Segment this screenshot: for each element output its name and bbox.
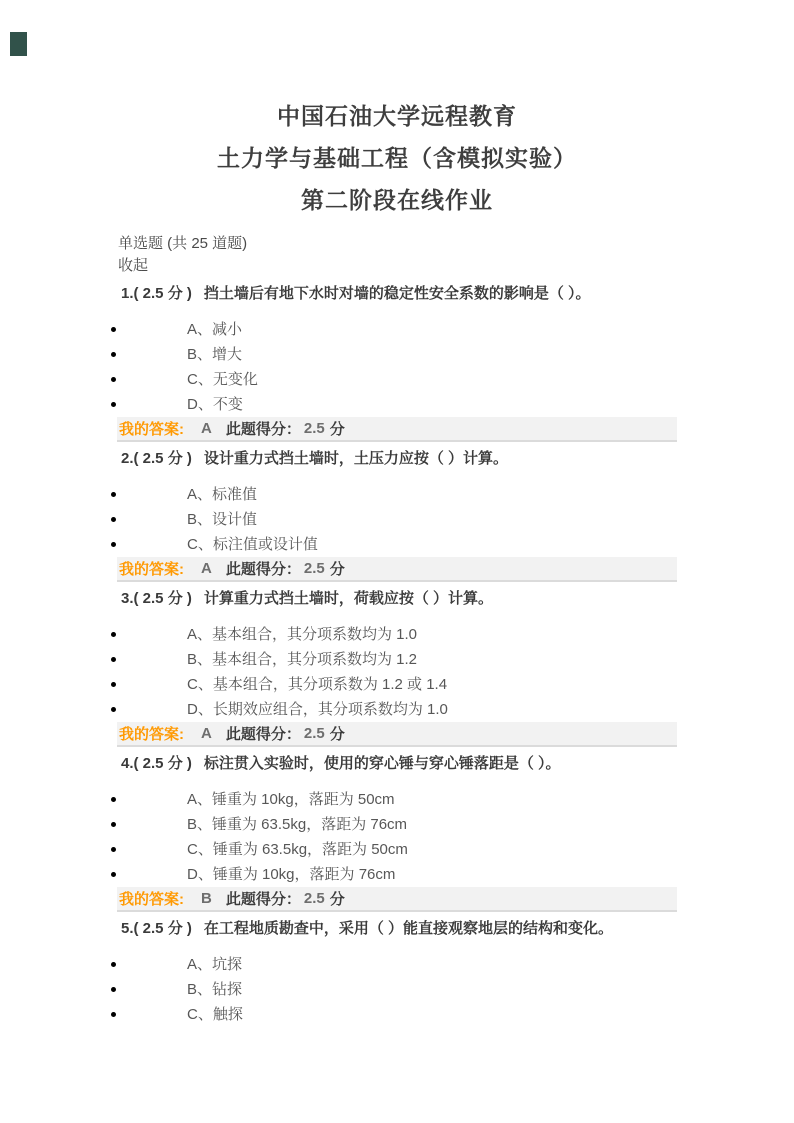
- question-number: 5.( 2.5 分 ): [121, 920, 192, 937]
- bullet-icon: [111, 962, 116, 967]
- option-label: D、长期效应组合，其分项系数均为 1.0: [187, 697, 794, 722]
- option-label: C、基本组合，其分项系数为 1.2 或 1.4: [187, 672, 794, 697]
- assignment-title: 第二阶段在线作业: [0, 180, 794, 222]
- bullet-icon: [111, 492, 116, 497]
- question-number: 1.( 2.5 分 ): [121, 285, 192, 302]
- option-list: A、基本组合，其分项系数均为 1.0B、基本组合，其分项系数均为 1.2C、基本…: [0, 622, 794, 722]
- list-item: A、锤重为 10kg，落距为 50cm: [0, 787, 794, 812]
- question-heading: 5.( 2.5 分 )在工程地质勘查中，采用（ ）能直接观察地层的结构和变化。: [121, 919, 794, 939]
- answer-bar: 我的答案:A此题得分：2.5分: [117, 722, 677, 747]
- list-item: A、坑探: [0, 952, 794, 977]
- question-text: 计算重力式挡土墙时，荷载应按（ ）计算。: [204, 590, 493, 607]
- question-text: 挡土墙后有地下水时对墙的稳定性安全系数的影响是（ ）。: [204, 285, 591, 302]
- option-label: C、触探: [187, 1002, 794, 1027]
- score-unit: 分: [330, 558, 345, 579]
- bullet-icon: [111, 377, 116, 382]
- question-block: 2.( 2.5 分 )设计重力式挡土墙时，土压力应按（ ）计算。A、标准值B、设…: [0, 449, 794, 582]
- score-value: 2.5: [304, 890, 325, 907]
- my-answer-label: 我的答案:: [119, 418, 184, 439]
- option-label: A、锤重为 10kg，落距为 50cm: [187, 787, 794, 812]
- option-label: A、坑探: [187, 952, 794, 977]
- bullet-icon: [111, 872, 116, 877]
- my-answer-value: A: [201, 560, 212, 577]
- my-answer-value: B: [201, 890, 212, 907]
- option-label: A、标准值: [187, 482, 794, 507]
- option-label: C、无变化: [187, 367, 794, 392]
- quiz-meta: 单选题 (共 25 道题) 收起: [118, 233, 794, 277]
- question-block: 3.( 2.5 分 )计算重力式挡土墙时，荷载应按（ ）计算。A、基本组合，其分…: [0, 589, 794, 747]
- bullet-icon: [111, 682, 116, 687]
- bullet-icon: [111, 352, 116, 357]
- question-block: 1.( 2.5 分 )挡土墙后有地下水时对墙的稳定性安全系数的影响是（ ）。A、…: [0, 284, 794, 442]
- bullet-icon: [111, 632, 116, 637]
- score-unit: 分: [330, 418, 345, 439]
- bullet-icon: [111, 797, 116, 802]
- bullet-icon: [111, 327, 116, 332]
- list-item: D、长期效应组合，其分项系数均为 1.0: [0, 697, 794, 722]
- list-item: C、无变化: [0, 367, 794, 392]
- list-item: D、不变: [0, 392, 794, 417]
- score-unit: 分: [330, 888, 345, 909]
- list-item: C、触探: [0, 1002, 794, 1027]
- option-label: B、基本组合，其分项系数均为 1.2: [187, 647, 794, 672]
- list-item: C、基本组合，其分项系数为 1.2 或 1.4: [0, 672, 794, 697]
- question-heading: 1.( 2.5 分 )挡土墙后有地下水时对墙的稳定性安全系数的影响是（ ）。: [121, 284, 794, 304]
- question-text: 在工程地质勘查中，采用（ ）能直接观察地层的结构和变化。: [204, 920, 613, 937]
- score-label: 此题得分：: [226, 723, 301, 744]
- bullet-icon: [111, 542, 116, 547]
- question-heading: 3.( 2.5 分 )计算重力式挡土墙时，荷载应按（ ）计算。: [121, 589, 794, 609]
- option-list: A、坑探B、钻探C、触探: [0, 952, 794, 1027]
- question-block: 4.( 2.5 分 )标注贯入实验时，使用的穿心锤与穿心锤落距是（ ）。A、锤重…: [0, 754, 794, 912]
- option-label: A、减小: [187, 317, 794, 342]
- answer-bar: 我的答案:B此题得分：2.5分: [117, 887, 677, 912]
- corner-mark-icon: [10, 32, 27, 56]
- option-label: D、锤重为 10kg，落距为 76cm: [187, 862, 794, 887]
- option-label: B、锤重为 63.5kg，落距为 76cm: [187, 812, 794, 837]
- list-item: B、基本组合，其分项系数均为 1.2: [0, 647, 794, 672]
- my-answer-label: 我的答案:: [119, 558, 184, 579]
- question-block: 5.( 2.5 分 )在工程地质勘查中，采用（ ）能直接观察地层的结构和变化。A…: [0, 919, 794, 1027]
- score-label: 此题得分：: [226, 418, 301, 439]
- question-text: 标注贯入实验时，使用的穿心锤与穿心锤落距是（ ）。: [204, 755, 561, 772]
- answer-bar: 我的答案:A此题得分：2.5分: [117, 417, 677, 442]
- my-answer-label: 我的答案:: [119, 888, 184, 909]
- bullet-icon: [111, 1012, 116, 1017]
- option-list: A、标准值B、设计值C、标注值或设计值: [0, 482, 794, 557]
- my-answer-label: 我的答案:: [119, 723, 184, 744]
- question-text: 设计重力式挡土墙时，土压力应按（ ）计算。: [204, 450, 508, 467]
- page-title: 中国石油大学远程教育: [0, 96, 794, 138]
- question-heading: 4.( 2.5 分 )标注贯入实验时，使用的穿心锤与穿心锤落距是（ ）。: [121, 754, 794, 774]
- bullet-icon: [111, 707, 116, 712]
- bullet-icon: [111, 822, 116, 827]
- option-label: B、增大: [187, 342, 794, 367]
- question-heading: 2.( 2.5 分 )设计重力式挡土墙时，土压力应按（ ）计算。: [121, 449, 794, 469]
- title-block: 中国石油大学远程教育 土力学与基础工程（含模拟实验） 第二阶段在线作业: [0, 0, 794, 222]
- section-label: 单选题 (共 25 道题): [118, 233, 794, 255]
- list-item: A、标准值: [0, 482, 794, 507]
- option-list: A、减小B、增大C、无变化D、不变: [0, 317, 794, 417]
- list-item: C、锤重为 63.5kg，落距为 50cm: [0, 837, 794, 862]
- course-title: 土力学与基础工程（含模拟实验）: [0, 138, 794, 180]
- score-unit: 分: [330, 723, 345, 744]
- list-item: B、增大: [0, 342, 794, 367]
- my-answer-value: A: [201, 725, 212, 742]
- bullet-icon: [111, 517, 116, 522]
- score-value: 2.5: [304, 560, 325, 577]
- list-item: A、基本组合，其分项系数均为 1.0: [0, 622, 794, 647]
- bullet-icon: [111, 987, 116, 992]
- answer-bar: 我的答案:A此题得分：2.5分: [117, 557, 677, 582]
- score-label: 此题得分：: [226, 888, 301, 909]
- bullet-icon: [111, 657, 116, 662]
- score-value: 2.5: [304, 725, 325, 742]
- option-label: A、基本组合，其分项系数均为 1.0: [187, 622, 794, 647]
- my-answer-value: A: [201, 420, 212, 437]
- option-list: A、锤重为 10kg，落距为 50cmB、锤重为 63.5kg，落距为 76cm…: [0, 787, 794, 887]
- option-label: B、设计值: [187, 507, 794, 532]
- option-label: B、钻探: [187, 977, 794, 1002]
- score-value: 2.5: [304, 420, 325, 437]
- question-list: 1.( 2.5 分 )挡土墙后有地下水时对墙的稳定性安全系数的影响是（ ）。A、…: [0, 284, 794, 1027]
- bullet-icon: [111, 402, 116, 407]
- option-label: C、标注值或设计值: [187, 532, 794, 557]
- list-item: D、锤重为 10kg，落距为 76cm: [0, 862, 794, 887]
- question-number: 2.( 2.5 分 ): [121, 450, 192, 467]
- option-label: D、不变: [187, 392, 794, 417]
- list-item: B、钻探: [0, 977, 794, 1002]
- question-number: 4.( 2.5 分 ): [121, 755, 192, 772]
- list-item: A、减小: [0, 317, 794, 342]
- list-item: B、锤重为 63.5kg，落距为 76cm: [0, 812, 794, 837]
- list-item: C、标注值或设计值: [0, 532, 794, 557]
- collapse-toggle[interactable]: 收起: [118, 255, 794, 277]
- bullet-icon: [111, 847, 116, 852]
- list-item: B、设计值: [0, 507, 794, 532]
- option-label: C、锤重为 63.5kg，落距为 50cm: [187, 837, 794, 862]
- score-label: 此题得分：: [226, 558, 301, 579]
- question-number: 3.( 2.5 分 ): [121, 590, 192, 607]
